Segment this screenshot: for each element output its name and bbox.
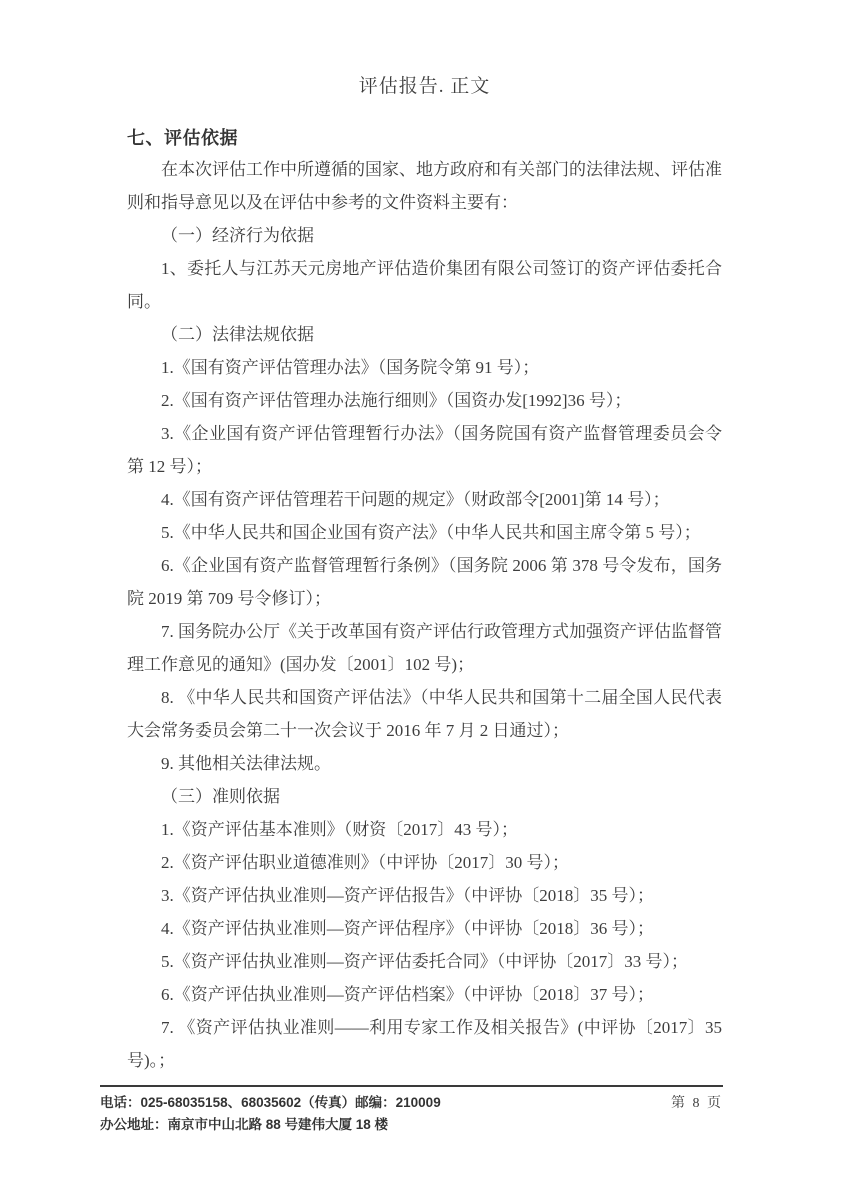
list-item: 4.《国有资产评估管理若干问题的规定》（财政部令[2001]第 14 号）； [127, 483, 722, 516]
subsection-3-heading: （三）准则依据 [127, 780, 722, 813]
list-item: 6.《企业国有资产监督管理暂行条例》（国务院 2006 第 378 号令发布，国… [127, 549, 722, 615]
subsection-2-heading: （二）法律法规依据 [127, 318, 722, 351]
document-body: 七、评估依据 在本次评估工作中所遵循的国家、地方政府和有关部门的法律法规、评估准… [127, 123, 722, 1077]
page-number: 第 8 页 [671, 1093, 723, 1115]
section-heading: 七、评估依据 [127, 123, 722, 153]
list-item: 9. 其他相关法律法规。 [127, 747, 722, 780]
list-item: 1、委托人与江苏天元房地产评估造价集团有限公司签订的资产评估委托合同。 [127, 252, 722, 318]
list-item: 6.《资产评估执业准则—资产评估档案》（中评协〔2018〕37 号）； [127, 978, 722, 1011]
list-item: 8. 《中华人民共和国资产评估法》（中华人民共和国第十二届全国人民代表大会常务委… [127, 681, 722, 747]
intro-paragraph: 在本次评估工作中所遵循的国家、地方政府和有关部门的法律法规、评估准则和指导意见以… [127, 153, 722, 219]
list-item: 3.《资产评估执业准则—资产评估报告》（中评协〔2018〕35 号）； [127, 879, 722, 912]
page-header-title: 评估报告. 正文 [127, 76, 722, 98]
footer-address-line: 办公地址：南京市中山北路 88 号建伟大厦 18 楼 [100, 1114, 723, 1136]
list-item: 2.《资产评估职业道德准则》（中评协〔2017〕30 号）； [127, 846, 722, 879]
list-item: 1.《资产评估基本准则》（财资〔2017〕43 号）； [127, 813, 722, 846]
page-footer: 电话：025-68035158、68035602（传真）邮编：210009 办公… [100, 1085, 723, 1136]
list-item: 5.《中华人民共和国企业国有资产法》（中华人民共和国主席令第 5 号）； [127, 516, 722, 549]
list-item: 4.《资产评估执业准则—资产评估程序》（中评协〔2018〕36 号）； [127, 912, 722, 945]
footer-phone-line: 电话：025-68035158、68035602（传真）邮编：210009 [100, 1092, 723, 1114]
list-item: 7. 国务院办公厅《关于改革国有资产评估行政管理方式加强资产评估监督管理工作意见… [127, 615, 722, 681]
document-page: 评估报告. 正文 七、评估依据 在本次评估工作中所遵循的国家、地方政府和有关部门… [0, 0, 849, 1200]
list-item: 1.《国有资产评估管理办法》（国务院令第 91 号）； [127, 351, 722, 384]
list-item: 5.《资产评估执业准则—资产评估委托合同》（中评协〔2017〕33 号）； [127, 945, 722, 978]
subsection-1-heading: （一）经济行为依据 [127, 219, 722, 252]
list-item: 7. 《资产评估执业准则——利用专家工作及相关报告》(中评协〔2017〕35 号… [127, 1011, 722, 1077]
list-item: 3.《企业国有资产评估管理暂行办法》（国务院国有资产监督管理委员会令第 12 号… [127, 417, 722, 483]
list-item: 2.《国有资产评估管理办法施行细则》（国资办发[1992]36 号）； [127, 384, 722, 417]
